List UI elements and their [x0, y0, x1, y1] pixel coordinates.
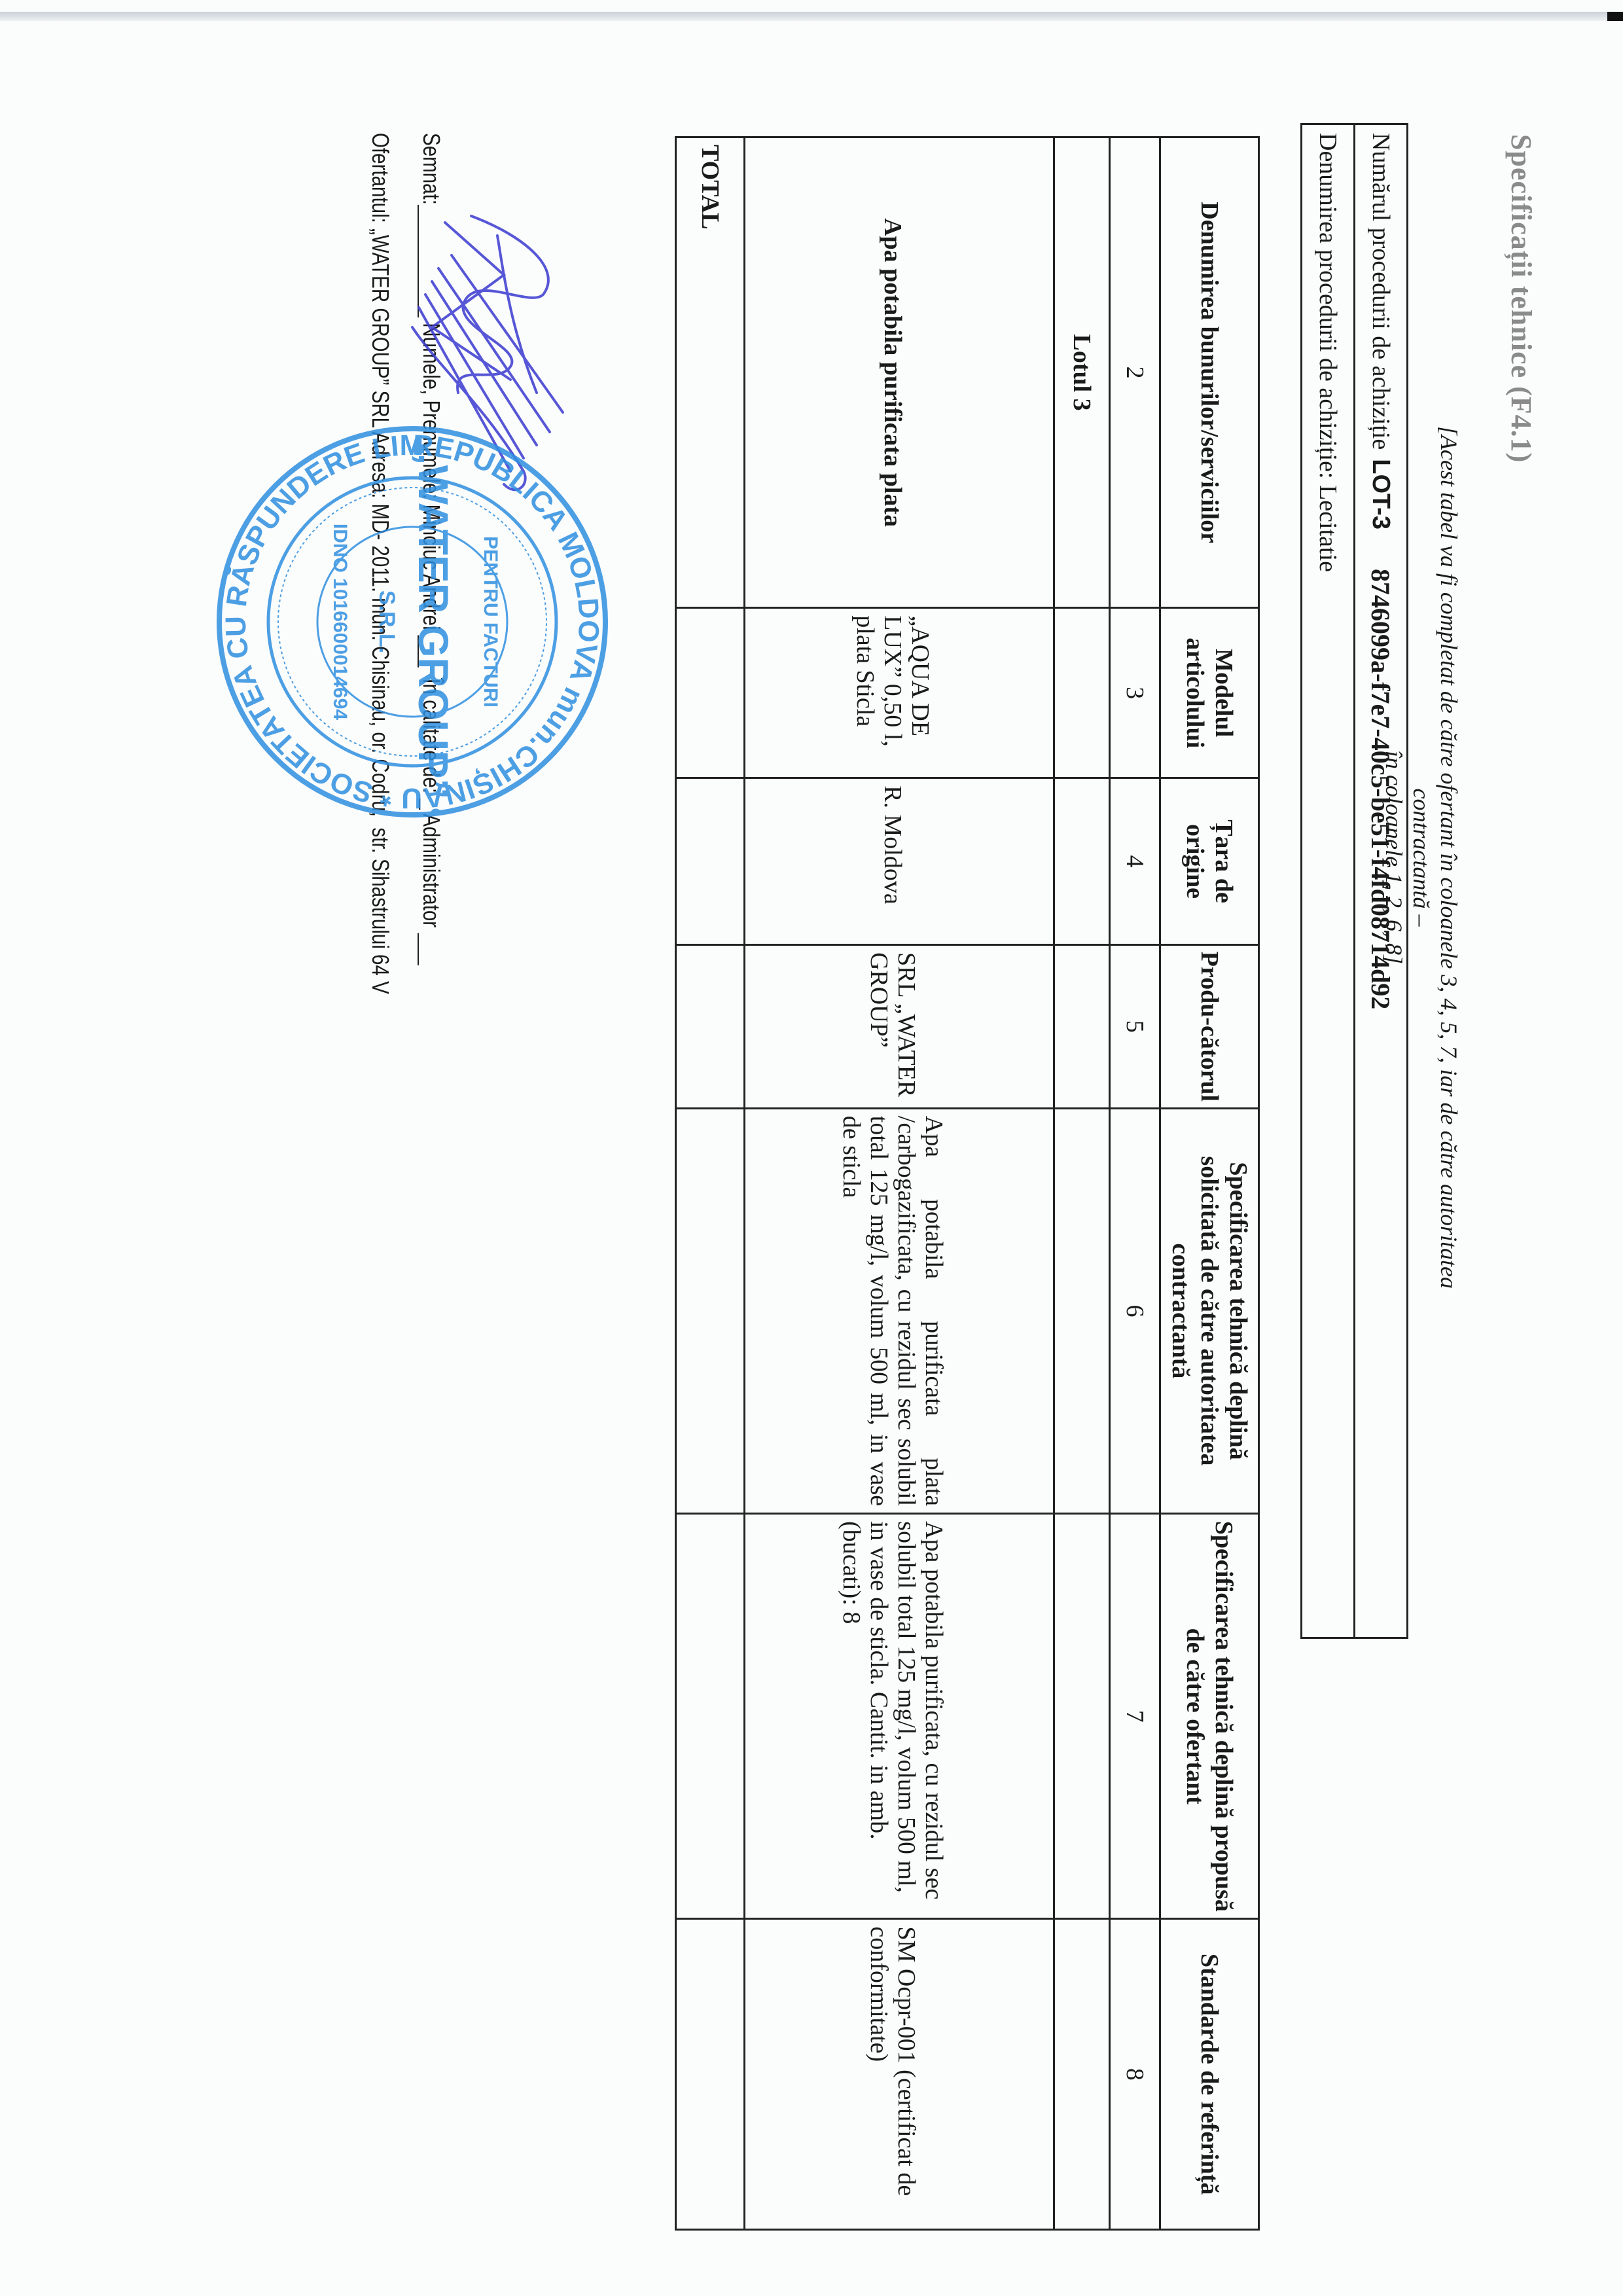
item-country: R. Moldova: [745, 778, 1054, 945]
header-spec-offered: Specificarea tehnică deplină propusă de …: [1160, 1514, 1259, 1919]
procedure-info-box: Numărul procedurii de achiziție LOT-3 87…: [1300, 123, 1408, 1639]
item-spec-requested: Apa potabila purificata plata /carbogazi…: [745, 1108, 1054, 1513]
empty-cell: [1054, 1514, 1110, 1919]
header-standards: Standarde de referință: [1160, 1919, 1259, 2230]
item-spec-offered: Apa potabila purificata, cu rezidul sec …: [745, 1514, 1054, 1919]
item-model: „AQUA DE LUX” 0,50 l, plata Sticla: [745, 608, 1054, 778]
blank-line: [418, 933, 438, 965]
procedure-name-row: Denumirea procedurii de achiziție: Lecit…: [1302, 125, 1355, 1637]
column-number: 5: [1110, 944, 1160, 1108]
header-goods-name: Denumirea bunurilor/serviciilor: [1160, 137, 1259, 608]
empty-cell: [1054, 1919, 1110, 2230]
header-spec-requested: Specificarea tehnică deplină solicitată …: [1160, 1108, 1259, 1513]
procedure-number-row: Numărul procedurii de achiziție LOT-3 87…: [1355, 125, 1406, 1637]
instruction-note-line1: [Acest tabel va fi completat de către of…: [1408, 367, 1463, 1348]
stamp-sub-text: S.R.L.: [374, 590, 399, 653]
role-value: Administrator: [418, 814, 445, 927]
empty-cell: [676, 1108, 745, 1513]
stamp-idno: IDNO 1016600014694: [329, 524, 351, 721]
empty-cell: [1054, 778, 1110, 945]
column-number: 6: [1110, 1108, 1160, 1513]
total-label: TOTAL: [676, 137, 745, 608]
empty-cell: [1054, 608, 1110, 778]
column-number: 2: [1110, 137, 1160, 608]
specifications-table: Denumirea bunurilor/serviciilor Modelul …: [675, 136, 1260, 2231]
procedure-name-label: Denumirea procedurii de achiziție: Lecit…: [1313, 133, 1342, 572]
empty-cell: [1054, 944, 1110, 1108]
document-page: Specificații tehnice (F4.1) [Acest tabel…: [0, 0, 1623, 2296]
item-producer: SRL „WATER GROUP”: [745, 944, 1054, 1108]
company-stamp-icon: REPUBLICA MOLDOVA mun.CHIȘINĂU * SOCIETA…: [209, 419, 615, 825]
procedure-lot: LOT-3: [1367, 459, 1395, 529]
document-title: Specificații tehnice (F4.1): [1505, 134, 1538, 463]
lot-row: Lotul 3: [1054, 137, 1110, 2230]
stamp-inner-text: PENTRU FACTURI: [480, 536, 501, 708]
total-row: TOTAL: [676, 137, 745, 2230]
empty-cell: [676, 1514, 745, 1919]
lot-label: Lotul 3: [1054, 137, 1110, 608]
item-standards: SM Ocpr-001 (certificat de conformitate): [745, 1919, 1054, 2230]
empty-cell: [676, 1919, 745, 2230]
procedure-number-label: Numărul procedurii de achiziție: [1366, 133, 1395, 450]
empty-cell: [676, 608, 745, 778]
column-number: 8: [1110, 1919, 1160, 2230]
column-number-row: 2 3 4 5 6 7 8: [1110, 137, 1160, 2230]
procedure-code: 8746099a-f7e7-40c5-be51-f4fd08714d92: [1366, 569, 1397, 1009]
column-number: 7: [1110, 1514, 1160, 1919]
empty-cell: [1054, 1108, 1110, 1513]
column-number: 4: [1110, 778, 1160, 945]
signed-label: Semnat:: [418, 133, 445, 205]
table-header-row: Denumirea bunurilor/serviciilor Modelul …: [1160, 137, 1259, 2230]
stamp-center-text: „WATER GROUP”: [410, 444, 457, 800]
column-number: 3: [1110, 608, 1160, 778]
empty-cell: [676, 944, 745, 1108]
header-model: Modelul articolului: [1160, 608, 1259, 778]
header-country: Țara de origine: [1160, 778, 1259, 945]
table-row: Apa potabila purificata plata „AQUA DE L…: [745, 137, 1054, 2230]
empty-cell: [676, 778, 745, 945]
header-producer: Produ-cătorul: [1160, 944, 1259, 1108]
item-name: Apa potabila purificata plata: [745, 137, 1054, 608]
